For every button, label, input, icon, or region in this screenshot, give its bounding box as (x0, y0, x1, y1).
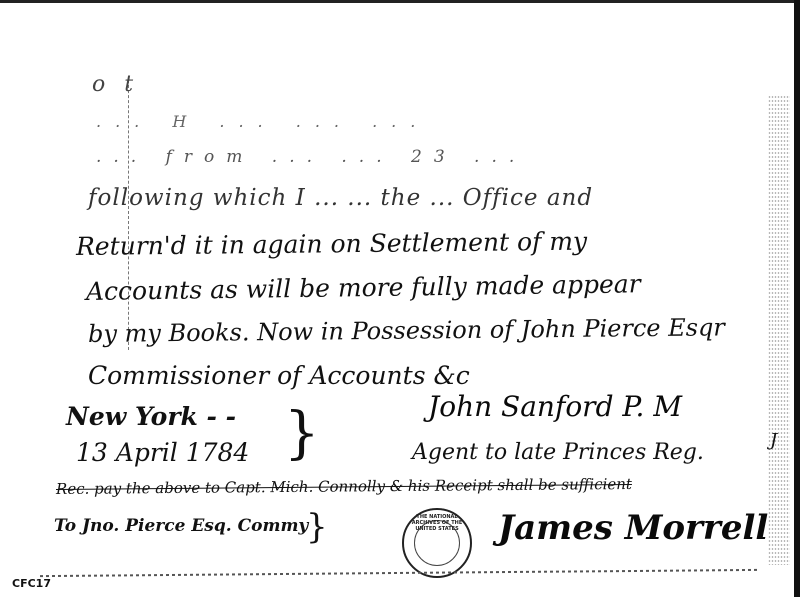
brace-mark-small: } (306, 510, 328, 544)
bottom-ruled-edge (40, 569, 760, 577)
seal-text: THE NATIONAL ARCHIVES OF THE UNITED STAT… (404, 514, 470, 532)
place-text: New York - - (66, 402, 236, 431)
text-line-5: Return'd it in again on Settlement of my (76, 227, 587, 261)
text-line-4: following which I ... ... the ... Office… (88, 185, 593, 211)
endorsement-line-2: To Jno. Pierce Esq. Commy (54, 516, 308, 536)
signer-name: John Sanford P. M (428, 390, 682, 423)
date-text: 13 April 1784 (76, 438, 249, 467)
archives-seal-stamp: THE NATIONAL ARCHIVES OF THE UNITED STAT… (402, 508, 472, 578)
countersignature: James Morrell (498, 508, 768, 548)
text-line-7: by my Books. Now in Possession of John P… (88, 313, 725, 348)
endorsement-line-1: Rec. pay the above to Capt. Mich. Connol… (56, 475, 632, 498)
scan-right-edge (794, 0, 800, 597)
text-line-2: ... H ... ... ... (96, 112, 429, 131)
document-page: o t ... H ... ... ... ... from ... ... 2… (0, 0, 800, 597)
signer-title: Agent to late Princes Reg. (412, 440, 704, 465)
text-line-3: ... from ... ... 23 ... (96, 147, 526, 167)
text-line-6: Accounts as will be more fully made appe… (86, 269, 641, 306)
text-line-8: Commissioner of Accounts &c (88, 361, 470, 390)
margin-mark: J (770, 430, 777, 451)
scan-top-edge (0, 0, 800, 3)
text-line-1: o t (92, 72, 139, 97)
document-id-label: CFC17 (12, 577, 51, 590)
paper-edge-speckle (768, 95, 790, 565)
brace-mark: } (284, 406, 320, 462)
